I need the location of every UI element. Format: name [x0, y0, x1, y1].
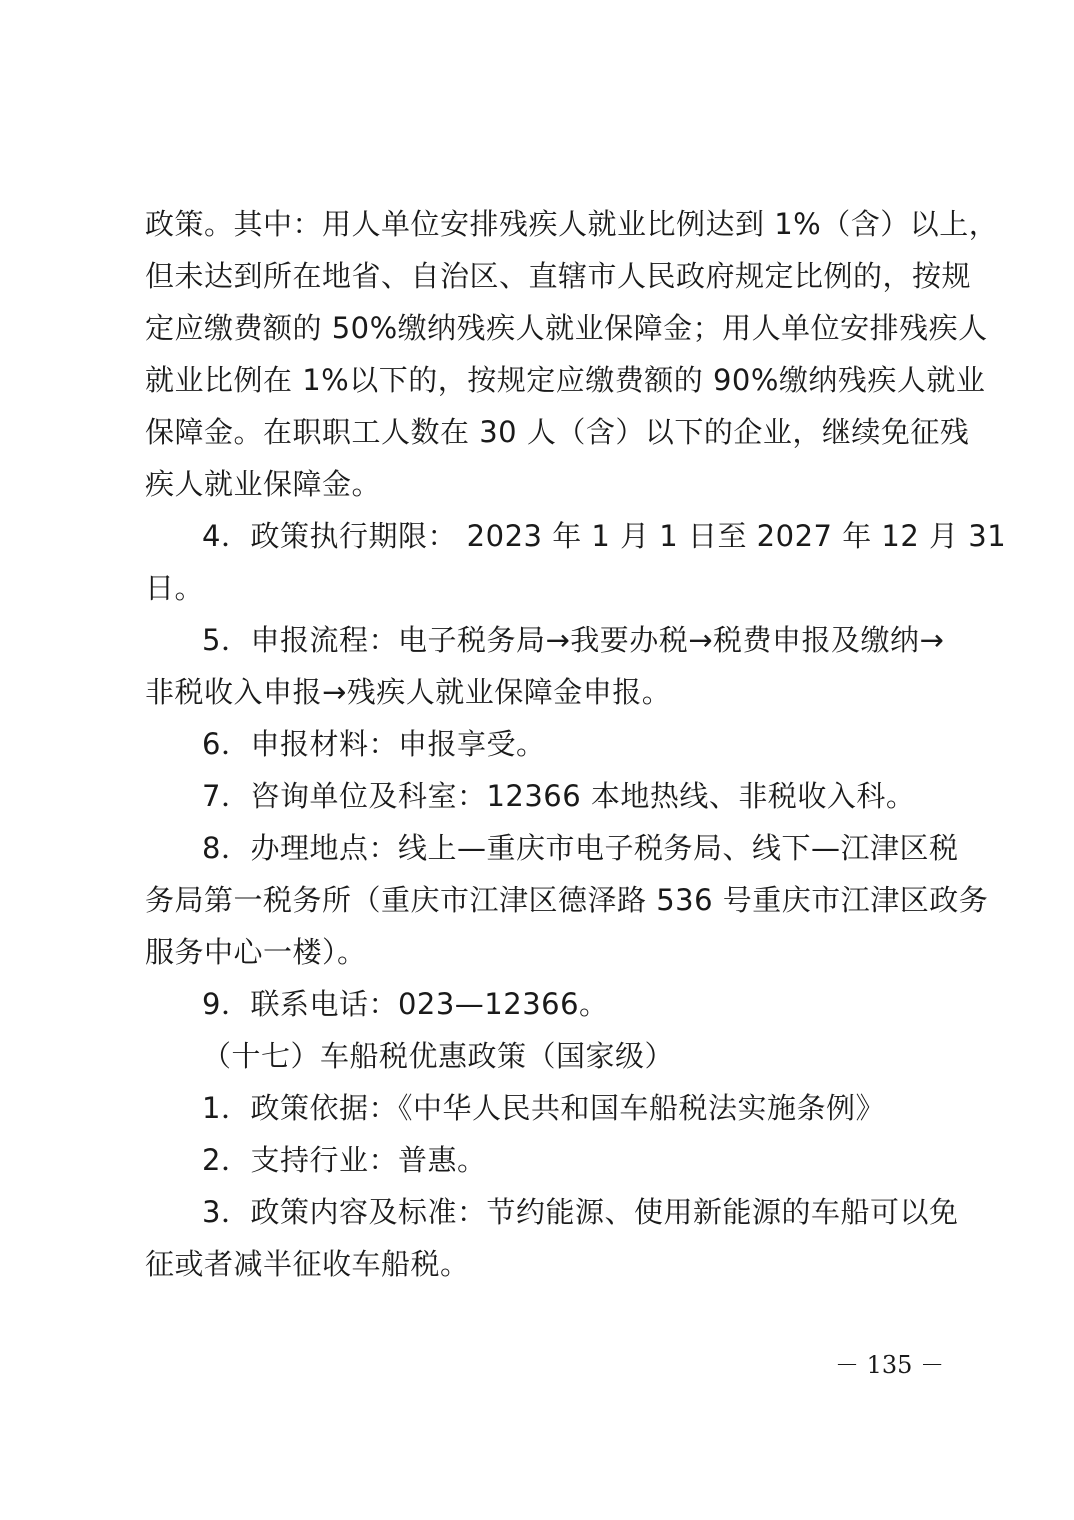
- item-4-policy-period: 4．政策执行期限： 2023 年 1 月 1 日至 2027 年 12 月 31: [202, 516, 940, 556]
- item-7-consulting-unit: 7．咨询单位及科室：12366 本地热线、非税收入科。: [202, 776, 940, 816]
- paragraph-line-provincial-ratio: 但未达到所在地省、自治区、直辖市人民政府规定比例的，按规: [145, 256, 940, 296]
- item-4-policy-period-cont: 日。: [145, 568, 940, 608]
- section-heading-vehicle-vessel-tax: （十七）车船税优惠政策（国家级）: [202, 1036, 940, 1076]
- paragraph-line-50-percent: 定应缴费额的 50%缴纳残疾人就业保障金；用人单位安排残疾人: [145, 308, 940, 348]
- item-5-filing-process-cont: 非税收入申报→残疾人就业保障金申报。: [145, 672, 940, 712]
- document-page: 政策。其中：用人单位安排残疾人就业比例达到 1%（含）以上， 但未达到所在地省、…: [0, 0, 1074, 1520]
- item-8-location-end: 服务中心一楼）。: [145, 932, 940, 972]
- item-3-policy-content-cont: 征或者减半征收车船税。: [145, 1244, 940, 1284]
- paragraph-line-disability-ratio: 政策。其中：用人单位安排残疾人就业比例达到 1%（含）以上，: [145, 204, 940, 244]
- paragraph-line-90-percent: 就业比例在 1%以下的，按规定应缴费额的 90%缴纳残疾人就业: [145, 360, 940, 400]
- paragraph-line-30-employees: 保障金。在职职工人数在 30 人（含）以下的企业，继续免征残: [145, 412, 940, 452]
- item-8-location-cont: 务局第一税务所（重庆市江津区德泽路 536 号重庆市江津区政务: [145, 880, 940, 920]
- paragraph-line-end: 疾人就业保障金。: [145, 464, 940, 504]
- item-8-location: 8．办理地点：线上—重庆市电子税务局、线下—江津区税: [202, 828, 940, 868]
- item-6-filing-materials: 6．申报材料：申报享受。: [202, 724, 940, 764]
- item-1-policy-basis: 1．政策依据：《中华人民共和国车船税法实施条例》: [202, 1088, 940, 1128]
- item-3-policy-content: 3．政策内容及标准：节约能源、使用新能源的车船可以免: [202, 1192, 940, 1232]
- page-number: － 135 －: [835, 1348, 935, 1382]
- item-2-supported-industry: 2．支持行业：普惠。: [202, 1140, 940, 1180]
- item-9-contact-phone: 9．联系电话：023—12366。: [202, 984, 940, 1024]
- item-5-filing-process: 5．申报流程：电子税务局→我要办税→税费申报及缴纳→: [202, 620, 940, 660]
